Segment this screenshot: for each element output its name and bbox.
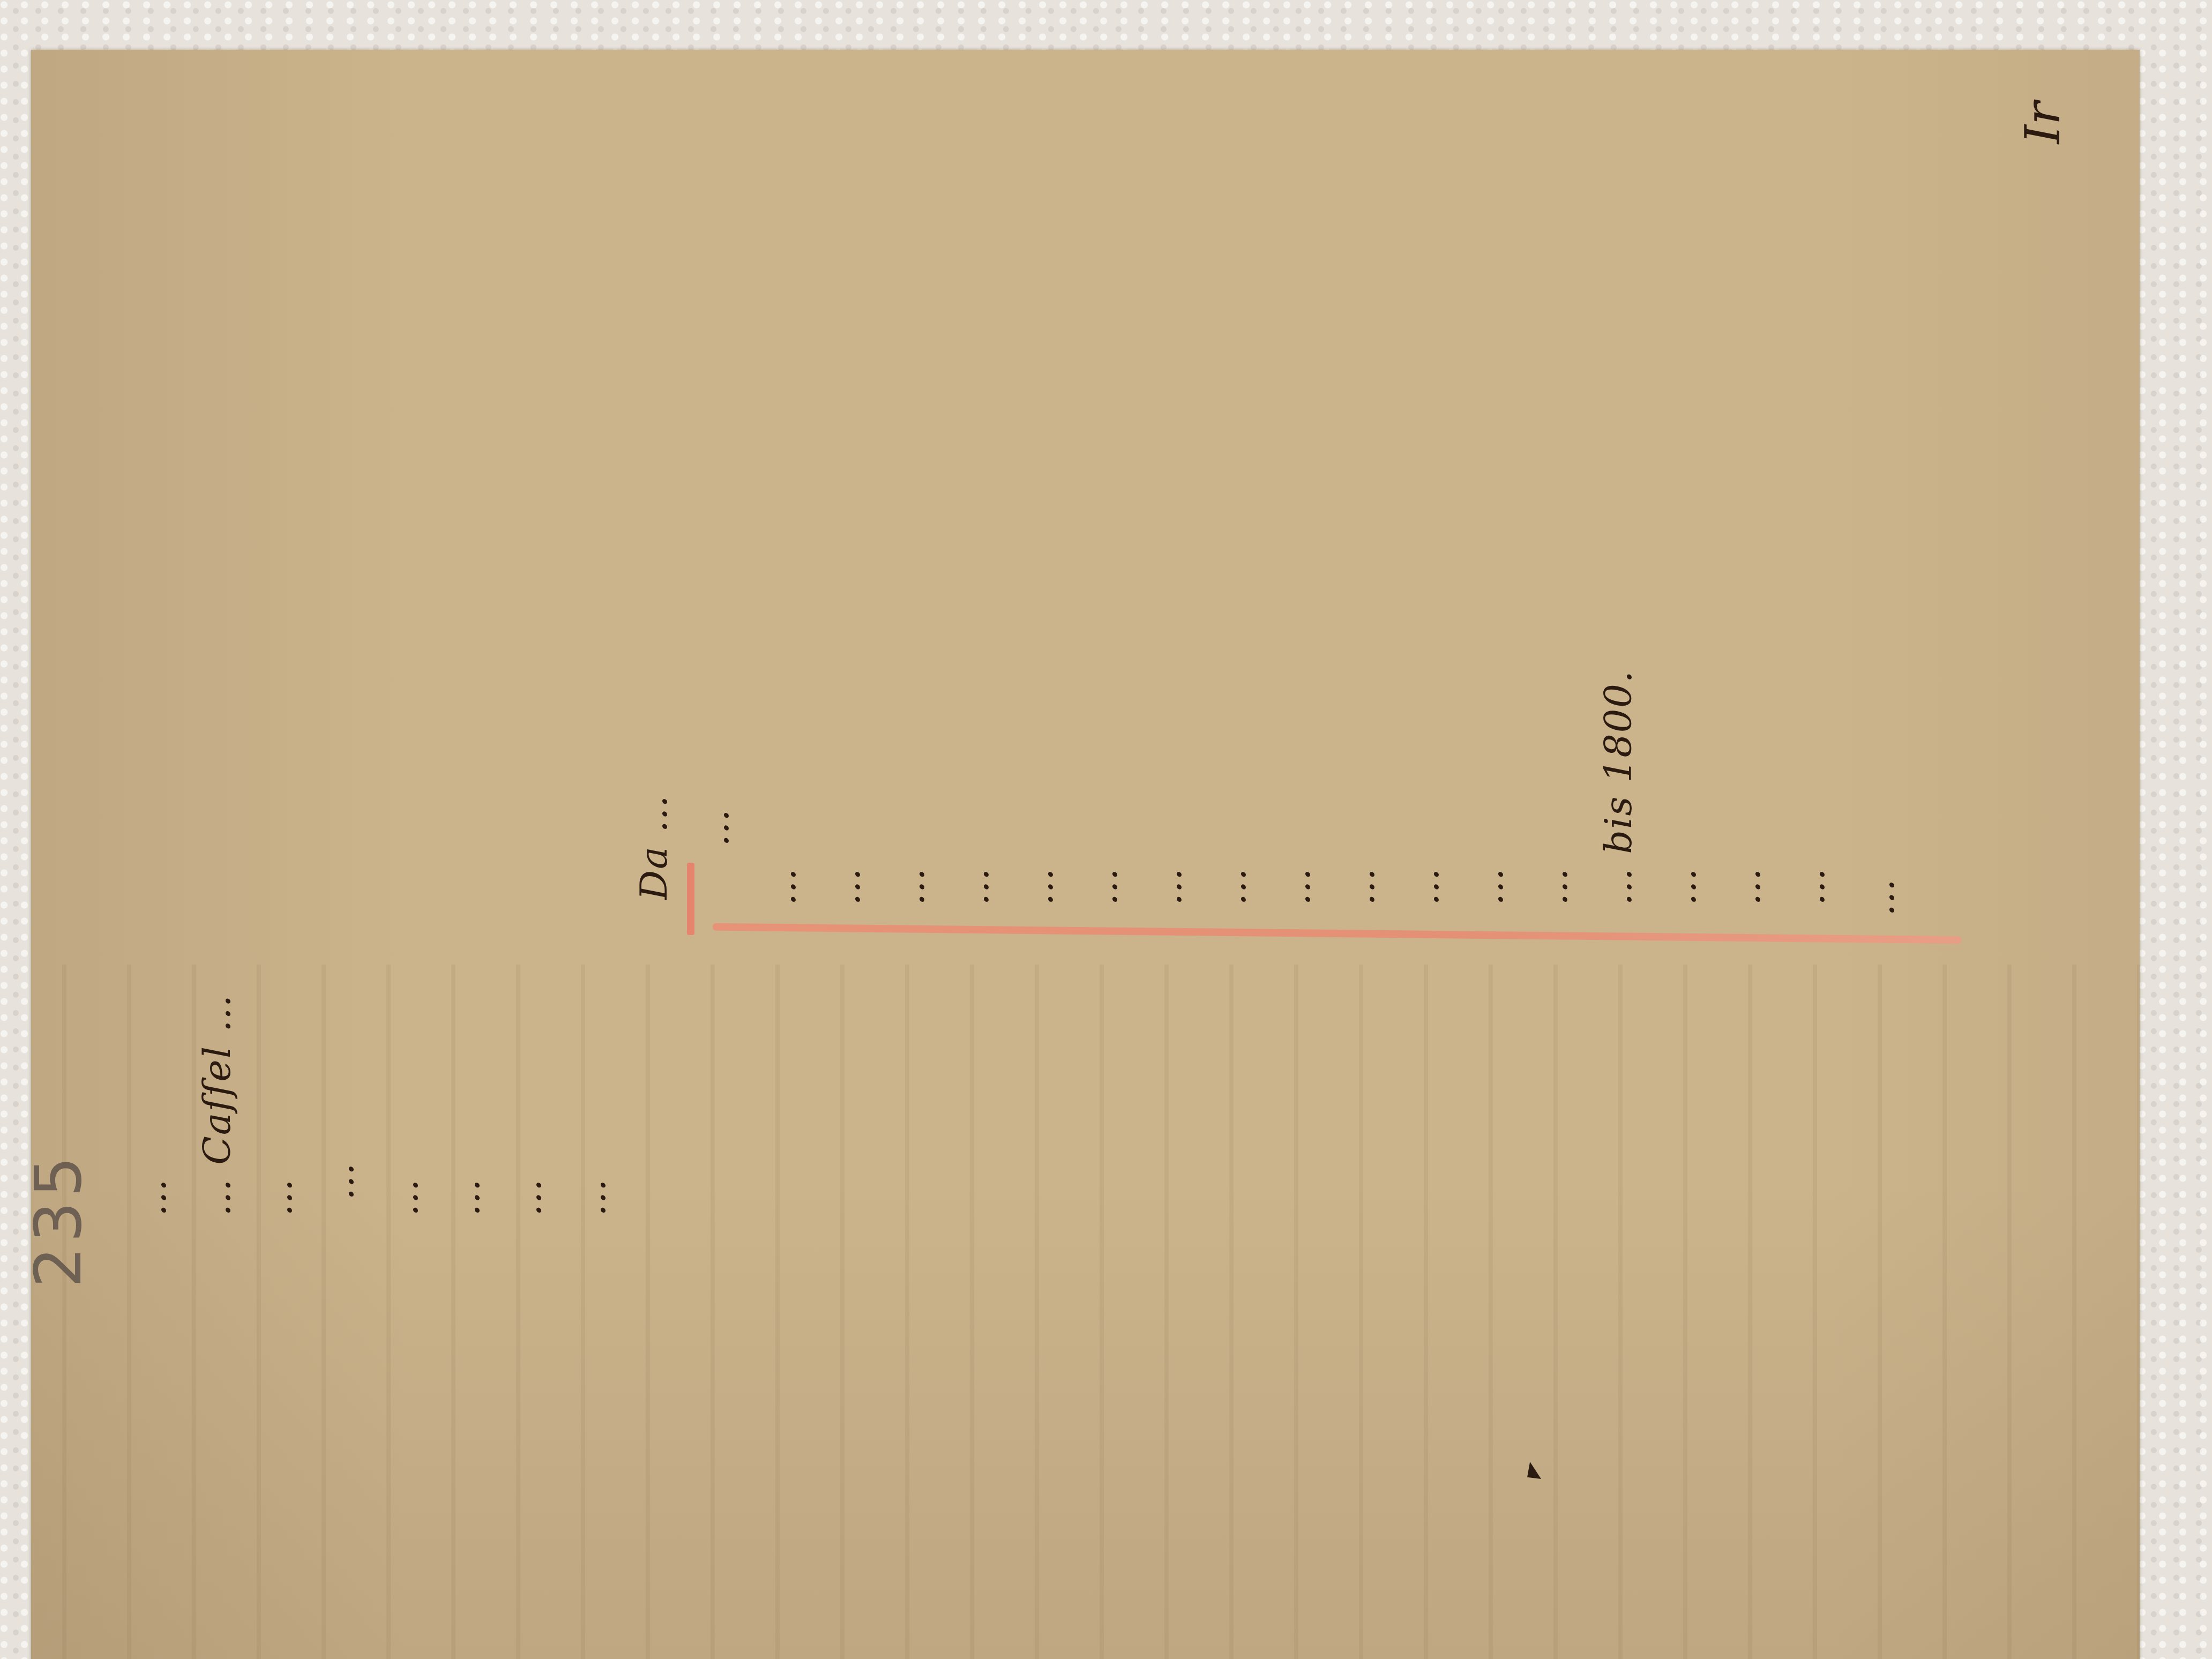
handwritten-line: … [1013,102,1066,906]
handwritten-line: … [1077,102,1131,906]
handwritten-line: … [126,102,180,1216]
handwritten-line: … [378,102,431,1216]
handwritten-line: … [565,102,619,1216]
handwritten-line: Da … [627,102,681,900]
handwritten-line: … [1463,102,1516,906]
handwritten-line: … [1854,123,1908,916]
handwritten-line: … [1399,102,1452,906]
handwritten-line: … [820,102,873,906]
handwritten-line: … [1141,102,1195,906]
red-crayon-tick [687,863,694,935]
handwritten-line: … [501,102,555,1216]
handwritten-line: … [1784,102,1838,906]
closing-mark: Ir [2015,102,2071,144]
handwritten-line: … [1656,102,1709,906]
handwritten-line: … [756,102,809,906]
handwritten-line: … [1527,102,1581,906]
handwritten-line: … [1270,102,1324,906]
handwritten-line: … [1334,102,1388,906]
handwritten-line: … bis 1800. [1591,80,1645,906]
handwritten-line: … [252,102,305,1216]
handwritten-line: … [313,102,367,1200]
handwritten-line: … [1720,102,1774,906]
handwritten-line: … [948,102,1002,906]
handwritten-line: … Caſſel … [190,102,244,1216]
handwritten-line: … [439,102,493,1216]
handwritten-line: … [1206,102,1259,906]
pencil-page-number: 235 [21,1152,96,1288]
handwritten-line: … [689,102,742,847]
handwritten-line: … [884,102,938,906]
handwriting-block: … … Caſſel … … … … … … … Da … … … … … … … [0,0,2212,1659]
